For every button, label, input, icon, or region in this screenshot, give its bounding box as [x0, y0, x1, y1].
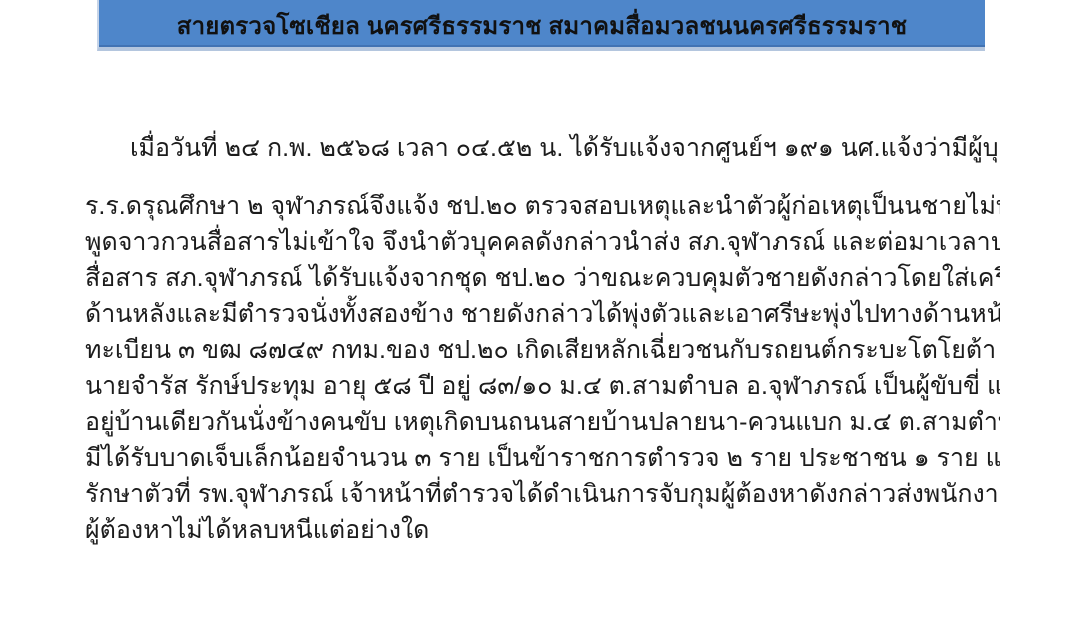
body-line: สื่อสาร สภ.จุฬาภรณ์ ได้รับแจ้งจากชุด ชป.… — [85, 260, 1000, 296]
banner-title: สายตรวจโซเชียล นครศรีธรรมราช สมาคมสื่อมว… — [177, 6, 908, 45]
body-line: ทะเบียน ๓ ขฒ ๘๗๔๙ กทม.ของ ชป.๒๐ เกิดเสีย… — [85, 332, 1000, 368]
body-line: เมื่อวันที่ ๒๔ ก.พ. ๒๕๖๘ เวลา ๐๔.๕๒ น. ไ… — [130, 130, 1000, 166]
body-line: ด้านหลังและมีตำรวจนั่งทั้งสองข้าง ชายดัง… — [85, 296, 1000, 332]
body-line: นายจำรัส รักษ์ประทุม อายุ ๕๘ ปี อยู่ ๘๓/… — [85, 368, 1000, 404]
body-line: มีได้รับบาดเจ็บเล็กน้อยจำนวน ๓ ราย เป็นข… — [85, 440, 1000, 476]
document-body: เมื่อวันที่ ๒๔ ก.พ. ๒๕๖๘ เวลา ๐๔.๕๒ น. ไ… — [85, 130, 1000, 548]
body-line: รักษาตัวที่ รพ.จุฬาภรณ์ เจ้าหน้าที่ตำรวจ… — [85, 476, 1000, 512]
header-banner: สายตรวจโซเชียล นครศรีธรรมราช สมาคมสื่อมว… — [97, 0, 985, 51]
body-line: ผู้ต้องหาไม่ได้หลบหนีแต่อย่างใด — [85, 512, 1000, 548]
body-line: ร.ร.ดรุณศึกษา ๒ จุฬาภรณ์จึงแจ้ง ชป.๒๐ ตร… — [85, 188, 1000, 224]
body-line: อยู่บ้านเดียวกันนั่งข้างคนขับ เหตุเกิดบน… — [85, 404, 1000, 440]
body-line: พูดจาวกวนสื่อสารไม่เข้าใจ จึงนำตัวบุคคลด… — [85, 224, 1000, 260]
